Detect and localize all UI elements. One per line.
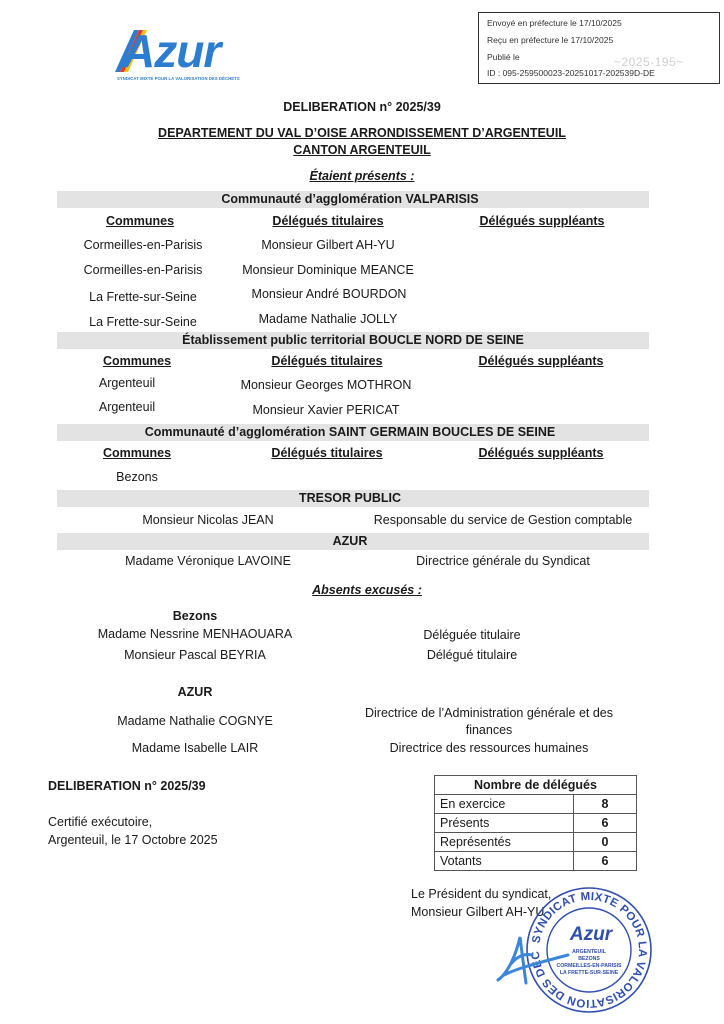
commune-cell: Bezons <box>116 470 158 484</box>
tresor-name: Monsieur Nicolas JEAN <box>142 513 273 527</box>
azur-present-name: Madame Véronique LAVOINE <box>125 554 291 568</box>
commune-cell: La Frette-sur-Seine <box>89 290 197 304</box>
group-title: TRESOR PUBLIC <box>299 491 401 505</box>
azur-present-role: Directrice générale du Syndicat <box>416 554 590 568</box>
absent-name: Monsieur Pascal BEYRIA <box>124 648 266 662</box>
table-row: Votants6 <box>435 852 637 871</box>
commune-cell: Cormeilles-en-Parisis <box>84 263 203 277</box>
group-title: AZUR <box>333 534 368 548</box>
commune-cell: Argenteuil <box>99 400 155 414</box>
logo-wordmark: Azur <box>122 24 220 78</box>
place-date: Argenteuil, le 17 Octobre 2025 <box>48 833 218 847</box>
azur-logo: Azur SYNDICAT MIXTE POUR LA VALORISATION… <box>112 28 252 86</box>
signature-icon <box>490 925 570 995</box>
sent-date: Envoyé en préfecture le 17/10/2025 <box>487 18 622 28</box>
absent-role: Délégué titulaire <box>427 648 517 662</box>
absent-role: Directrice de l’Administration générale … <box>365 706 613 720</box>
seal-logo: Azur <box>569 924 614 945</box>
act-id: ID : 095-259500023-20251017-202539D-DE <box>487 68 655 78</box>
delegates-count-table: Nombre de délégués En exercice8 Présents… <box>434 775 637 871</box>
table-header: Nombre de délégués <box>435 776 637 795</box>
published-label: Publié le <box>487 52 520 62</box>
svg-text:ARGENTEUIL: ARGENTEUIL <box>572 949 607 955</box>
col-header-communes: Communes <box>103 354 171 368</box>
page-title: DELIBERATION n° 2025/39 <box>283 100 441 114</box>
commune-cell: Argenteuil <box>99 376 155 390</box>
prefecture-stamp-box: Envoyé en préfecture le 17/10/2025 Reçu … <box>478 12 720 84</box>
watermark-number: ~2025-195~ <box>614 55 684 69</box>
col-header-communes: Communes <box>103 446 171 460</box>
tresor-role: Responsable du service de Gestion compta… <box>374 513 632 527</box>
commune-cell: La Frette-sur-Seine <box>89 315 197 329</box>
titulaire-cell: Monsieur Dominique MEANCE <box>242 263 414 277</box>
titulaire-cell: Monsieur Georges MOTHRON <box>241 378 412 392</box>
table-row: Présents6 <box>435 814 637 833</box>
absent-name: Madame Isabelle LAIR <box>132 741 258 755</box>
col-header-suppleants: Délégués suppléants <box>479 214 604 228</box>
titulaire-cell: Madame Nathalie JOLLY <box>259 312 398 326</box>
col-header-suppleants: Délégués suppléants <box>478 446 603 460</box>
absent-role-cont: finances <box>466 723 513 737</box>
absents-group-azur: AZUR <box>178 685 213 699</box>
group-title: Établissement public territorial BOUCLE … <box>182 333 524 347</box>
absent-name: Madame Nessrine MENHAOUARA <box>98 627 293 641</box>
commune-cell: Cormeilles-en-Parisis <box>84 238 203 252</box>
col-header-titulaires: Délégués titulaires <box>272 214 383 228</box>
department-line-1: DEPARTEMENT DU VAL D’OISE ARRONDISSEMENT… <box>158 126 566 140</box>
footer-deliberation: DELIBERATION n° 2025/39 <box>48 779 206 793</box>
titulaire-cell: Monsieur André BOURDON <box>252 287 407 301</box>
col-header-suppleants: Délégués suppléants <box>478 354 603 368</box>
titulaire-cell: Monsieur Xavier PERICAT <box>252 403 399 417</box>
department-line-2: CANTON ARGENTEUIL <box>293 143 431 157</box>
received-date: Reçu en préfecture le 17/10/2025 <box>487 35 613 45</box>
col-header-titulaires: Délégués titulaires <box>271 354 382 368</box>
col-header-titulaires: Délégués titulaires <box>271 446 382 460</box>
svg-text:BEZONS: BEZONS <box>578 956 600 962</box>
table-row: En exercice8 <box>435 795 637 814</box>
group-title: Communauté d’agglomération VALPARISIS <box>221 192 478 206</box>
group-title: Communauté d’agglomération SAINT GERMAIN… <box>145 425 555 439</box>
logo-tagline: SYNDICAT MIXTE POUR LA VALORISATION DES … <box>117 76 240 81</box>
col-header-communes: Communes <box>106 214 174 228</box>
absents-heading: Absents excusés : <box>312 583 422 597</box>
present-heading: Étaient présents : <box>310 169 415 183</box>
titulaire-cell: Monsieur Gilbert AH-YU <box>261 238 394 252</box>
table-row: Représentés0 <box>435 833 637 852</box>
certified-text: Certifié exécutoire, <box>48 815 152 829</box>
absent-role: Directrice des ressources humaines <box>390 741 589 755</box>
absent-role: Déléguée titulaire <box>423 628 520 642</box>
absent-name: Madame Nathalie COGNYE <box>117 714 273 728</box>
absents-group-bezons: Bezons <box>173 609 217 623</box>
